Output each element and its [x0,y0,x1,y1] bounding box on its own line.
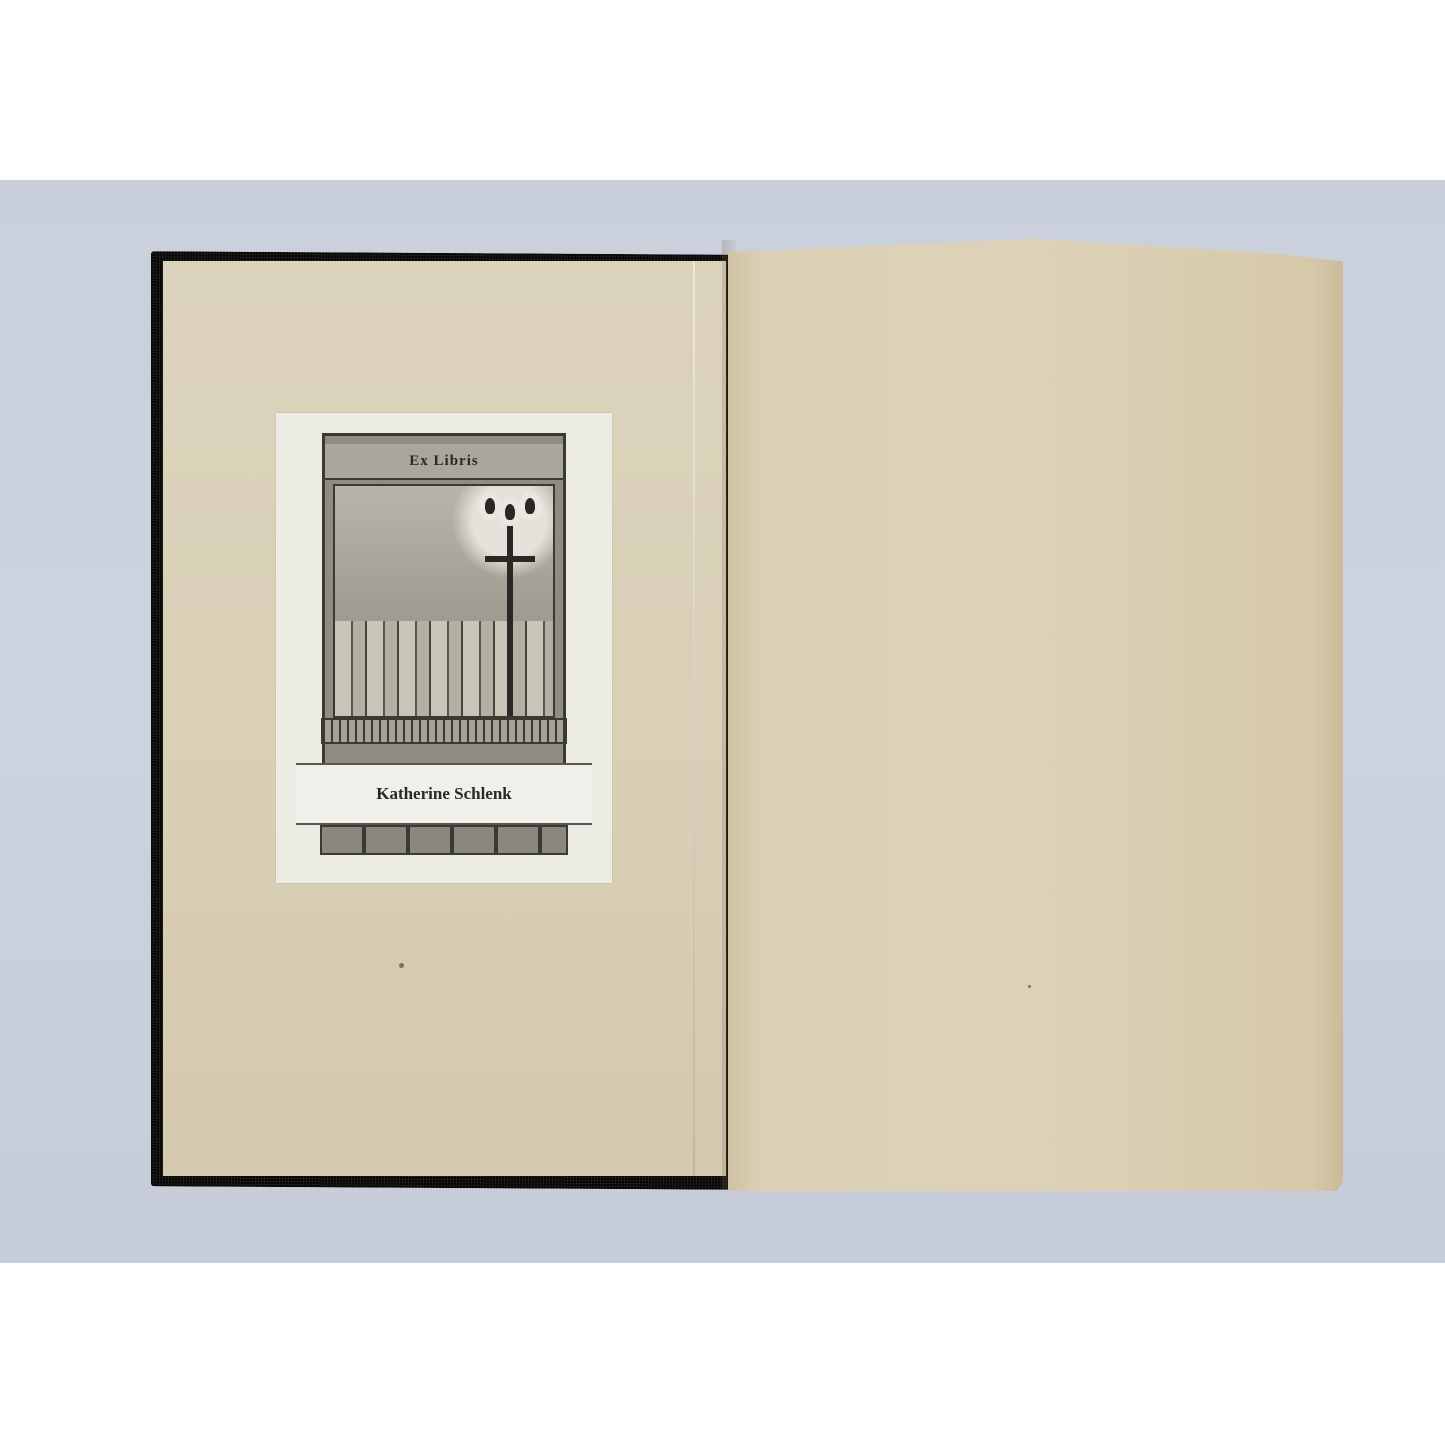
owner-name: Katherine Schlenk [376,784,512,803]
books-illustration [335,621,553,716]
paper-spot [1028,985,1031,988]
bookplate: Ex Libris Katherine Schlenk [276,413,612,883]
shelf-molding [321,718,567,744]
candle-flame-icon [505,504,515,520]
candle-flame-icon [485,498,495,514]
paper-spot [399,963,404,968]
candle-flame-icon [525,498,535,514]
ex-libris-text: Ex Libris [409,453,478,469]
blank-flyleaf-page [728,233,1343,1191]
owner-name-scroll: Katherine Schlenk [296,763,592,825]
library-scene-illustration [333,484,555,718]
bookplate-base-ornament [320,825,568,855]
ex-libris-banner: Ex Libris [325,444,563,480]
bookplate-frame: Ex Libris [322,433,566,773]
hinge-crease [693,261,695,1176]
candelabra-icon [507,516,513,716]
